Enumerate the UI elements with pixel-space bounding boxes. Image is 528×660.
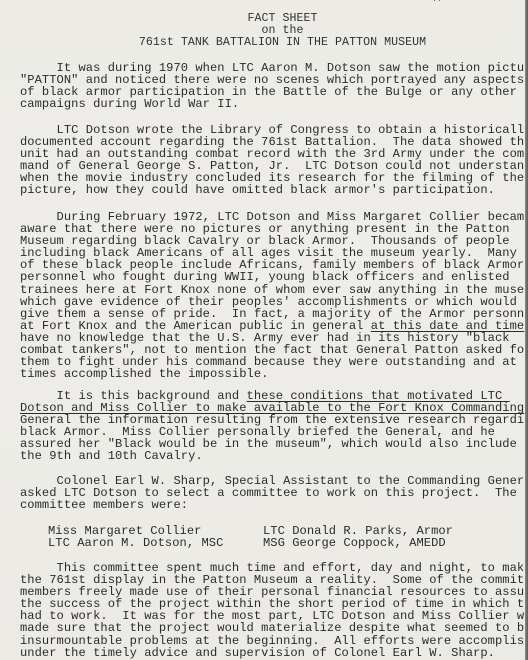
committee-member: LTC Aaron M. Dotson, MSC	[48, 537, 263, 549]
paragraph-line: picture, how they could have omitted bla…	[20, 184, 490, 196]
committee-member: MSG George Coppock, AMEDD	[263, 537, 446, 549]
paragraph-2: LTC Dotson wrote the Library of Congress…	[20, 124, 490, 197]
paragraph-line: under the timely advice and supervision …	[20, 647, 490, 659]
document-page: 7/ FACT SHEET on the 761st TANK BATTALIO…	[0, 0, 525, 660]
paragraph-line: personnel who fought during WWII, young …	[20, 271, 490, 283]
paragraph-line: times accomplished the impossible.	[20, 368, 490, 380]
paragraph-line: insurmountable problems at the beginning…	[20, 635, 490, 647]
paragraph-3: During February 1972, LTC Dotson and Mis…	[20, 211, 490, 380]
title-subject: 761st TANK BATTALION IN THE PATTON MUSEU…	[20, 37, 528, 49]
paragraph-line: which gave evidence of their peoples' ac…	[20, 296, 490, 308]
paragraph-line: the 9th and 10th Cavalry.	[20, 450, 490, 462]
paragraph-line: trainees here at Fort Knox none of whom …	[20, 284, 490, 296]
paragraph-line: made sure that the project would materia…	[20, 622, 490, 634]
paragraph-line: campaigns during World War II.	[20, 98, 490, 110]
paragraph-line: committee members were:	[20, 499, 490, 511]
paragraph-4: It is this background and these conditio…	[20, 390, 490, 463]
paragraph-5: Colonel Earl W. Sharp, Special Assistant…	[20, 475, 490, 511]
corner-mark: 7/	[432, 0, 444, 5]
committee-members-list: Miss Margaret Collier LTC Donald R. Park…	[48, 525, 488, 549]
committee-row: LTC Aaron M. Dotson, MSC MSG George Copp…	[48, 537, 488, 549]
paragraph-6: This committee spent much time and effor…	[20, 562, 490, 659]
paragraph-1: It was during 1970 when LTC Aaron M. Dot…	[20, 62, 490, 110]
